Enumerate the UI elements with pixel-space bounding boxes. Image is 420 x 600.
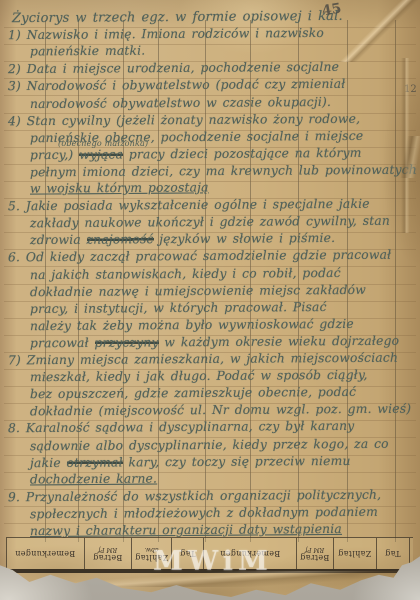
rotated-cell-text: Bemerkungen — [15, 549, 75, 558]
table-cell-label: Betrag — [300, 553, 329, 562]
handwritten-line: pracy, i instytucji, w których pracował.… — [30, 300, 327, 316]
handwritten-line: mieszkał, kiedy i jak długo. Podać w spo… — [30, 368, 368, 384]
handwritten-line: zdrowia znajomość języków w słowie i piś… — [30, 231, 335, 247]
handwritten-line: w wojsku którym pozostają — [30, 180, 209, 195]
table-cell-label: Bemerkungen — [15, 549, 75, 558]
printed-table-cell: Tag — [376, 538, 410, 569]
struck-word: otrzymał — [66, 455, 122, 469]
rotated-cell-text: BetragRM Pf — [93, 546, 122, 562]
handwritten-line: 7) Zmiany miejsca zamieszkania, w jakich… — [8, 351, 398, 368]
handwritten-line: 9. Przynależność do wszystkich organizac… — [8, 487, 381, 504]
document-page: Życiorys w trzech egz. w formie opisowej… — [0, 0, 420, 600]
fold-crease-top-right — [335, 0, 420, 62]
handwritten-line: na jakich stanowiskach, kiedy i co robił… — [30, 265, 341, 281]
struck-word: znajomość — [86, 232, 153, 246]
handwritten-line: jakie otrzymał kary, czy toczy się przec… — [30, 453, 351, 469]
handwritten-line: 3) Narodowość i obywatelstwo (podać czy … — [8, 77, 345, 93]
handwritten-line: 2) Data i miejsce urodzenia, pochodzenie… — [8, 60, 339, 76]
struck-word: przyczyny — [94, 335, 158, 349]
table-cell-label: Tag — [385, 549, 401, 558]
handwritten-line: należy tak żeby można było wywnioskować … — [30, 317, 354, 333]
handwritten-line: sądownie albo dyscyplinarnie, kiedy prze… — [30, 436, 389, 453]
struck-word: wyjąca — [79, 147, 123, 161]
inserted-annotation: (obecnego małżonka) — [58, 139, 148, 148]
rotated-cell-text: Tag — [385, 549, 401, 558]
handwritten-line: 4) Stan cywilny (jeżeli żonaty nazwisko … — [8, 111, 360, 127]
printed-table-cell: BetragRM Pf — [296, 538, 333, 569]
printed-table-cell: Zahltag — [333, 538, 376, 569]
handwritten-line: pracy,) wyjąca pracy dzieci pozostające … — [30, 146, 362, 162]
rotated-cell-text: BetragRM Pf — [300, 546, 329, 562]
table-cell-subheader: RM Pf — [99, 546, 118, 553]
handwritten-line: zakłady naukowe ukończył i gdzie zawód c… — [30, 214, 390, 231]
table-cell-subheader: RM Pf — [306, 546, 325, 553]
handwritten-line: dokładnie (miejscowość ul. Nr domu wzgl.… — [30, 402, 411, 419]
handwritten-line: dochodzenie karne. — [30, 471, 157, 486]
scan-background: Życiorys w trzech egz. w formie opisowej… — [0, 0, 420, 600]
handwritten-line: dokładnie nazwę i umiejscowienie miejsc … — [30, 282, 366, 298]
handwritten-line: nazwy i charakteru organizacji daty wstą… — [30, 522, 342, 538]
printed-table-cell: Bemerkungen — [6, 538, 84, 569]
handwritten-line: 1) Nazwisko i imię. Imiona rodziców i na… — [8, 26, 324, 42]
handwritten-line: panieńskie matki. — [30, 44, 145, 59]
grid-vline — [395, 20, 396, 542]
torn-notch-right — [394, 136, 420, 178]
rotated-cell-text: Zahltag — [338, 549, 371, 558]
printed-table-cell: BetragRM Pf — [84, 538, 131, 569]
handwritten-line: pracował przyczyny w każdym okresie wiek… — [30, 334, 399, 351]
table-cell-label: Betrag — [93, 553, 122, 562]
watermark: MWiM — [153, 546, 273, 577]
handwritten-line: Życiorys w trzech egz. w formie opisowej… — [12, 9, 343, 26]
handwritten-line: 5. Jakie posiada wykształcenie ogólne i … — [8, 197, 370, 214]
table-cell-label: Zahltag — [338, 549, 371, 558]
handwritten-line: 6. Od kiedy zaczął pracować samodzielnie… — [8, 248, 391, 265]
handwritten-line: bez opuszczeń, gdzie zamieszkuje obecnie… — [30, 385, 356, 401]
handwritten-line: 8. Karalność sądowa i dyscyplinarna, czy… — [8, 419, 354, 435]
handwritten-line: pełnym imiona dzieci, czy ma krewnych lu… — [30, 163, 417, 180]
handwritten-line: społecznych i młodzieżowych z dokładnym … — [30, 505, 378, 521]
handwritten-line: narodowość obywatelstwo w czasie okupacj… — [30, 94, 331, 110]
